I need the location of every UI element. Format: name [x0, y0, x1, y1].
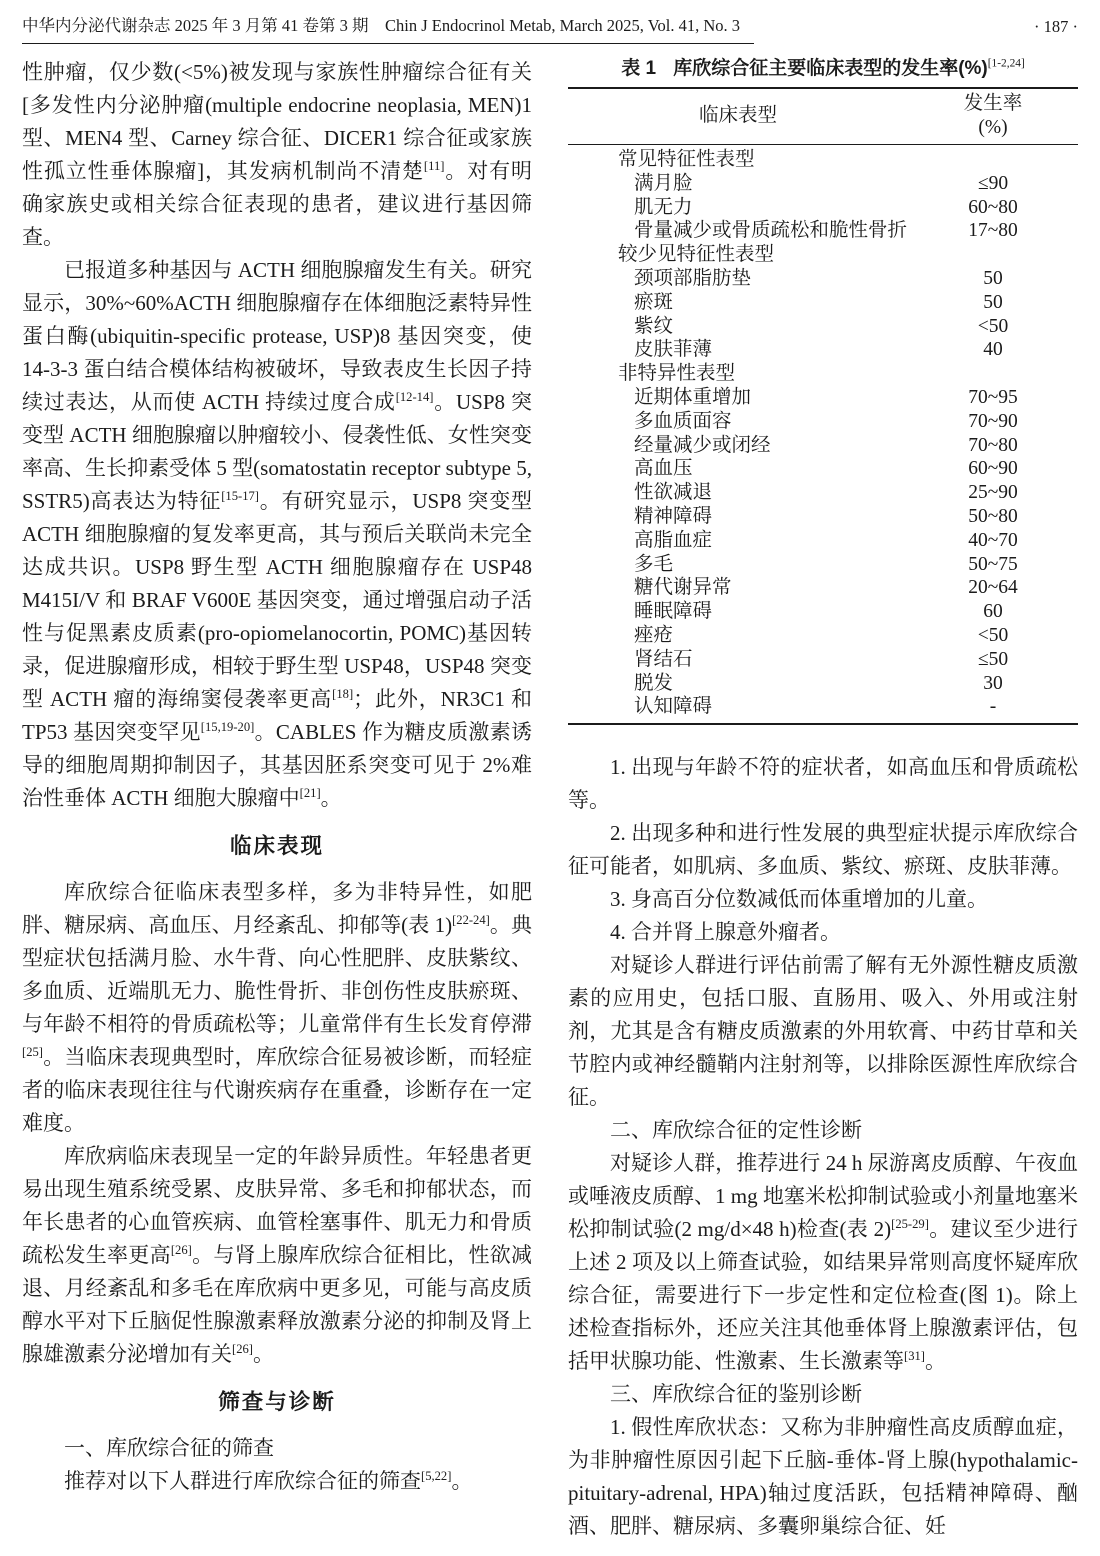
table-row: 脱发30 — [568, 672, 1078, 696]
rate-cell: 40 — [908, 338, 1078, 362]
paragraph: 4. 合并肾上腺意外瘤者。 — [568, 916, 1078, 949]
phenotype-cell: 紫纹 — [568, 315, 908, 339]
table-header-row: 临床表型 发生率 (%) — [568, 89, 1078, 144]
rate-cell: 40~70 — [908, 529, 1078, 553]
paragraph: 对疑诊人群进行评估前需了解有无外源性糖皮质激素的应用史，包括口服、直肠用、吸入、… — [568, 949, 1078, 1114]
column-header-phenotype: 临床表型 — [568, 104, 908, 128]
table-1-label: 表 1 — [621, 58, 656, 79]
reference-superscript: [25] — [22, 1045, 43, 1059]
table-row: 高血压60~90 — [568, 457, 1078, 481]
phenotype-cell: 皮肤菲薄 — [568, 338, 908, 362]
table-row: 满月脸≤90 — [568, 172, 1078, 196]
phenotype-cell: 瘀斑 — [568, 291, 908, 315]
phenotype-cell: 痤疮 — [568, 624, 908, 648]
paragraph: 1. 假性库欣状态：又称为非肿瘤性高皮质醇血症，为非肿瘤性原因引起下丘脑-垂体-… — [568, 1411, 1078, 1543]
rate-cell: 60~80 — [908, 196, 1078, 220]
phenotype-cell: 骨量减少或骨质疏松和脆性骨折 — [568, 219, 908, 243]
phenotype-cell: 性欲减退 — [568, 481, 908, 505]
paragraph: 一、库欣综合征的筛查 — [22, 1432, 532, 1465]
table-row: 痤疮<50 — [568, 624, 1078, 648]
phenotype-cell: 多血质面容 — [568, 410, 908, 434]
table-row: 紫纹<50 — [568, 315, 1078, 339]
phenotype-cell: 多毛 — [568, 553, 908, 577]
page-body: 性肿瘤，仅少数(<5%)被发现与家族性肿瘤综合征有关[多发性内分泌肿瘤(mult… — [22, 56, 1078, 1543]
phenotype-cell: 高血压 — [568, 457, 908, 481]
section-heading: 筛查与诊断 — [22, 1386, 532, 1419]
paragraph: 库欣病临床表现呈一定的年龄异质性。年轻患者更易出现生殖系统受累、皮肤异常、多毛和… — [22, 1140, 532, 1371]
table-row: 瘀斑50 — [568, 291, 1078, 315]
rate-cell — [908, 243, 1078, 267]
reference-superscript: [12-14] — [396, 390, 434, 404]
paragraph: 3. 身高百分位数减低而体重增加的儿童。 — [568, 883, 1078, 916]
table-row: 精神障碍50~80 — [568, 505, 1078, 529]
rate-cell: 20~64 — [908, 576, 1078, 600]
journal-title-line: 中华内分泌代谢杂志 2025 年 3 月第 41 卷第 3 期 Chin J E… — [22, 14, 754, 44]
paragraph: 推荐对以下人群进行库欣综合征的筛查[5,22]。 — [22, 1465, 532, 1498]
reference-superscript: [18] — [332, 687, 353, 701]
table-row: 皮肤菲薄40 — [568, 338, 1078, 362]
phenotype-cell: 脱发 — [568, 672, 908, 696]
phenotype-cell: 精神障碍 — [568, 505, 908, 529]
rate-cell: 50 — [908, 267, 1078, 291]
table-row: 常见特征性表型 — [568, 148, 1078, 172]
reference-superscript: [21] — [300, 786, 321, 800]
phenotype-cell: 满月脸 — [568, 172, 908, 196]
phenotype-cell: 非特异性表型 — [568, 362, 908, 386]
table-body: 常见特征性表型满月脸≤90肌无力60~80骨量减少或骨质疏松和脆性骨折17~80… — [568, 145, 1078, 723]
table-row: 高脂血症40~70 — [568, 529, 1078, 553]
table-1: 表 1库欣综合征主要临床表型的发生率(%)[1-2,24] 临床表型 发生率 (… — [568, 56, 1078, 725]
table-row: 多血质面容70~90 — [568, 410, 1078, 434]
reference-superscript: [15,19-20] — [201, 720, 255, 734]
rate-cell — [908, 362, 1078, 386]
phenotype-cell: 糖代谢异常 — [568, 576, 908, 600]
page-number: · 187 · — [1034, 15, 1078, 44]
rate-cell: 60 — [908, 600, 1078, 624]
paragraph: 二、库欣综合征的定性诊断 — [568, 1114, 1078, 1147]
journal-page: 中华内分泌代谢杂志 2025 年 3 月第 41 卷第 3 期 Chin J E… — [0, 0, 1100, 1556]
section-heading: 临床表现 — [22, 830, 532, 863]
rate-cell: 17~80 — [908, 219, 1078, 243]
table-row: 经量减少或闭经70~80 — [568, 434, 1078, 458]
left-column: 性肿瘤，仅少数(<5%)被发现与家族性肿瘤综合征有关[多发性内分泌肿瘤(mult… — [22, 56, 532, 1543]
phenotype-cell: 认知障碍 — [568, 695, 908, 719]
rate-cell: 50~80 — [908, 505, 1078, 529]
reference-superscript: [22-24] — [452, 913, 490, 927]
reference-superscript: [5,22] — [421, 1469, 451, 1483]
rate-cell: 60~90 — [908, 457, 1078, 481]
table-row: 近期体重增加70~95 — [568, 386, 1078, 410]
table-1-title-reference: [1-2,24] — [988, 58, 1025, 70]
phenotype-cell: 肾结石 — [568, 648, 908, 672]
table-row: 较少见特征性表型 — [568, 243, 1078, 267]
rate-cell: <50 — [908, 624, 1078, 648]
rate-cell — [908, 148, 1078, 172]
rate-cell: ≤50 — [908, 648, 1078, 672]
phenotype-cell: 高脂血症 — [568, 529, 908, 553]
paragraph: 1. 出现与年龄不符的症状者，如高血压和骨质疏松等。 — [568, 751, 1078, 817]
right-column-text: 1. 出现与年龄不符的症状者，如高血压和骨质疏松等。2. 出现多种和进行性发展的… — [568, 751, 1078, 1543]
reference-superscript: [26] — [232, 1342, 253, 1356]
reference-superscript: [25-29] — [891, 1217, 929, 1231]
reference-superscript: [11] — [424, 159, 445, 173]
phenotype-cell: 睡眠障碍 — [568, 600, 908, 624]
paragraph: 对疑诊人群，推荐进行 24 h 尿游离皮质醇、午夜血或唾液皮质醇、1 mg 地塞… — [568, 1147, 1078, 1378]
reference-superscript: [26] — [171, 1243, 192, 1257]
table-row: 性欲减退25~90 — [568, 481, 1078, 505]
rate-cell: 25~90 — [908, 481, 1078, 505]
table-row: 睡眠障碍60 — [568, 600, 1078, 624]
rate-cell: - — [908, 695, 1078, 719]
phenotype-cell: 经量减少或闭经 — [568, 434, 908, 458]
table-row: 肾结石≤50 — [568, 648, 1078, 672]
running-header: 中华内分泌代谢杂志 2025 年 3 月第 41 卷第 3 期 Chin J E… — [22, 14, 1078, 44]
table-bottom-rule — [568, 723, 1078, 725]
rate-cell: 50 — [908, 291, 1078, 315]
paragraph: 已报道多种基因与 ACTH 细胞腺瘤发生有关。研究显示，30%~60%ACTH … — [22, 254, 532, 815]
phenotype-cell: 常见特征性表型 — [568, 148, 908, 172]
table-row: 骨量减少或骨质疏松和脆性骨折17~80 — [568, 219, 1078, 243]
phenotype-cell: 颈项部脂肪垫 — [568, 267, 908, 291]
table-row: 认知障碍- — [568, 695, 1078, 719]
table-row: 糖代谢异常20~64 — [568, 576, 1078, 600]
phenotype-cell: 肌无力 — [568, 196, 908, 220]
paragraph: 三、库欣综合征的鉴别诊断 — [568, 1378, 1078, 1411]
paragraph: 库欣综合征临床表型多样，多为非特异性，如肥胖、糖尿病、高血压、月经紊乱、抑郁等(… — [22, 876, 532, 1140]
table-1-caption: 库欣综合征主要临床表型的发生率(%) — [673, 58, 988, 79]
rate-cell: 70~95 — [908, 386, 1078, 410]
column-header-rate: 发生率 (%) — [908, 92, 1078, 140]
reference-superscript: [15-17] — [221, 489, 259, 503]
rate-cell: <50 — [908, 315, 1078, 339]
rate-cell: 70~80 — [908, 434, 1078, 458]
rate-cell: 50~75 — [908, 553, 1078, 577]
paragraph: 性肿瘤，仅少数(<5%)被发现与家族性肿瘤综合征有关[多发性内分泌肿瘤(mult… — [22, 56, 532, 254]
table-1-title: 表 1库欣综合征主要临床表型的发生率(%)[1-2,24] — [568, 56, 1078, 82]
table-row: 非特异性表型 — [568, 362, 1078, 386]
table-row: 多毛50~75 — [568, 553, 1078, 577]
right-column: 表 1库欣综合征主要临床表型的发生率(%)[1-2,24] 临床表型 发生率 (… — [568, 56, 1078, 1543]
table-row: 颈项部脂肪垫50 — [568, 267, 1078, 291]
phenotype-cell: 近期体重增加 — [568, 386, 908, 410]
table-row: 肌无力60~80 — [568, 196, 1078, 220]
reference-superscript: [31] — [904, 1349, 925, 1363]
rate-cell: 30 — [908, 672, 1078, 696]
rate-cell: 70~90 — [908, 410, 1078, 434]
rate-cell: ≤90 — [908, 172, 1078, 196]
paragraph: 2. 出现多种和进行性发展的典型症状提示库欣综合征可能者，如肌病、多血质、紫纹、… — [568, 817, 1078, 883]
phenotype-cell: 较少见特征性表型 — [568, 243, 908, 267]
